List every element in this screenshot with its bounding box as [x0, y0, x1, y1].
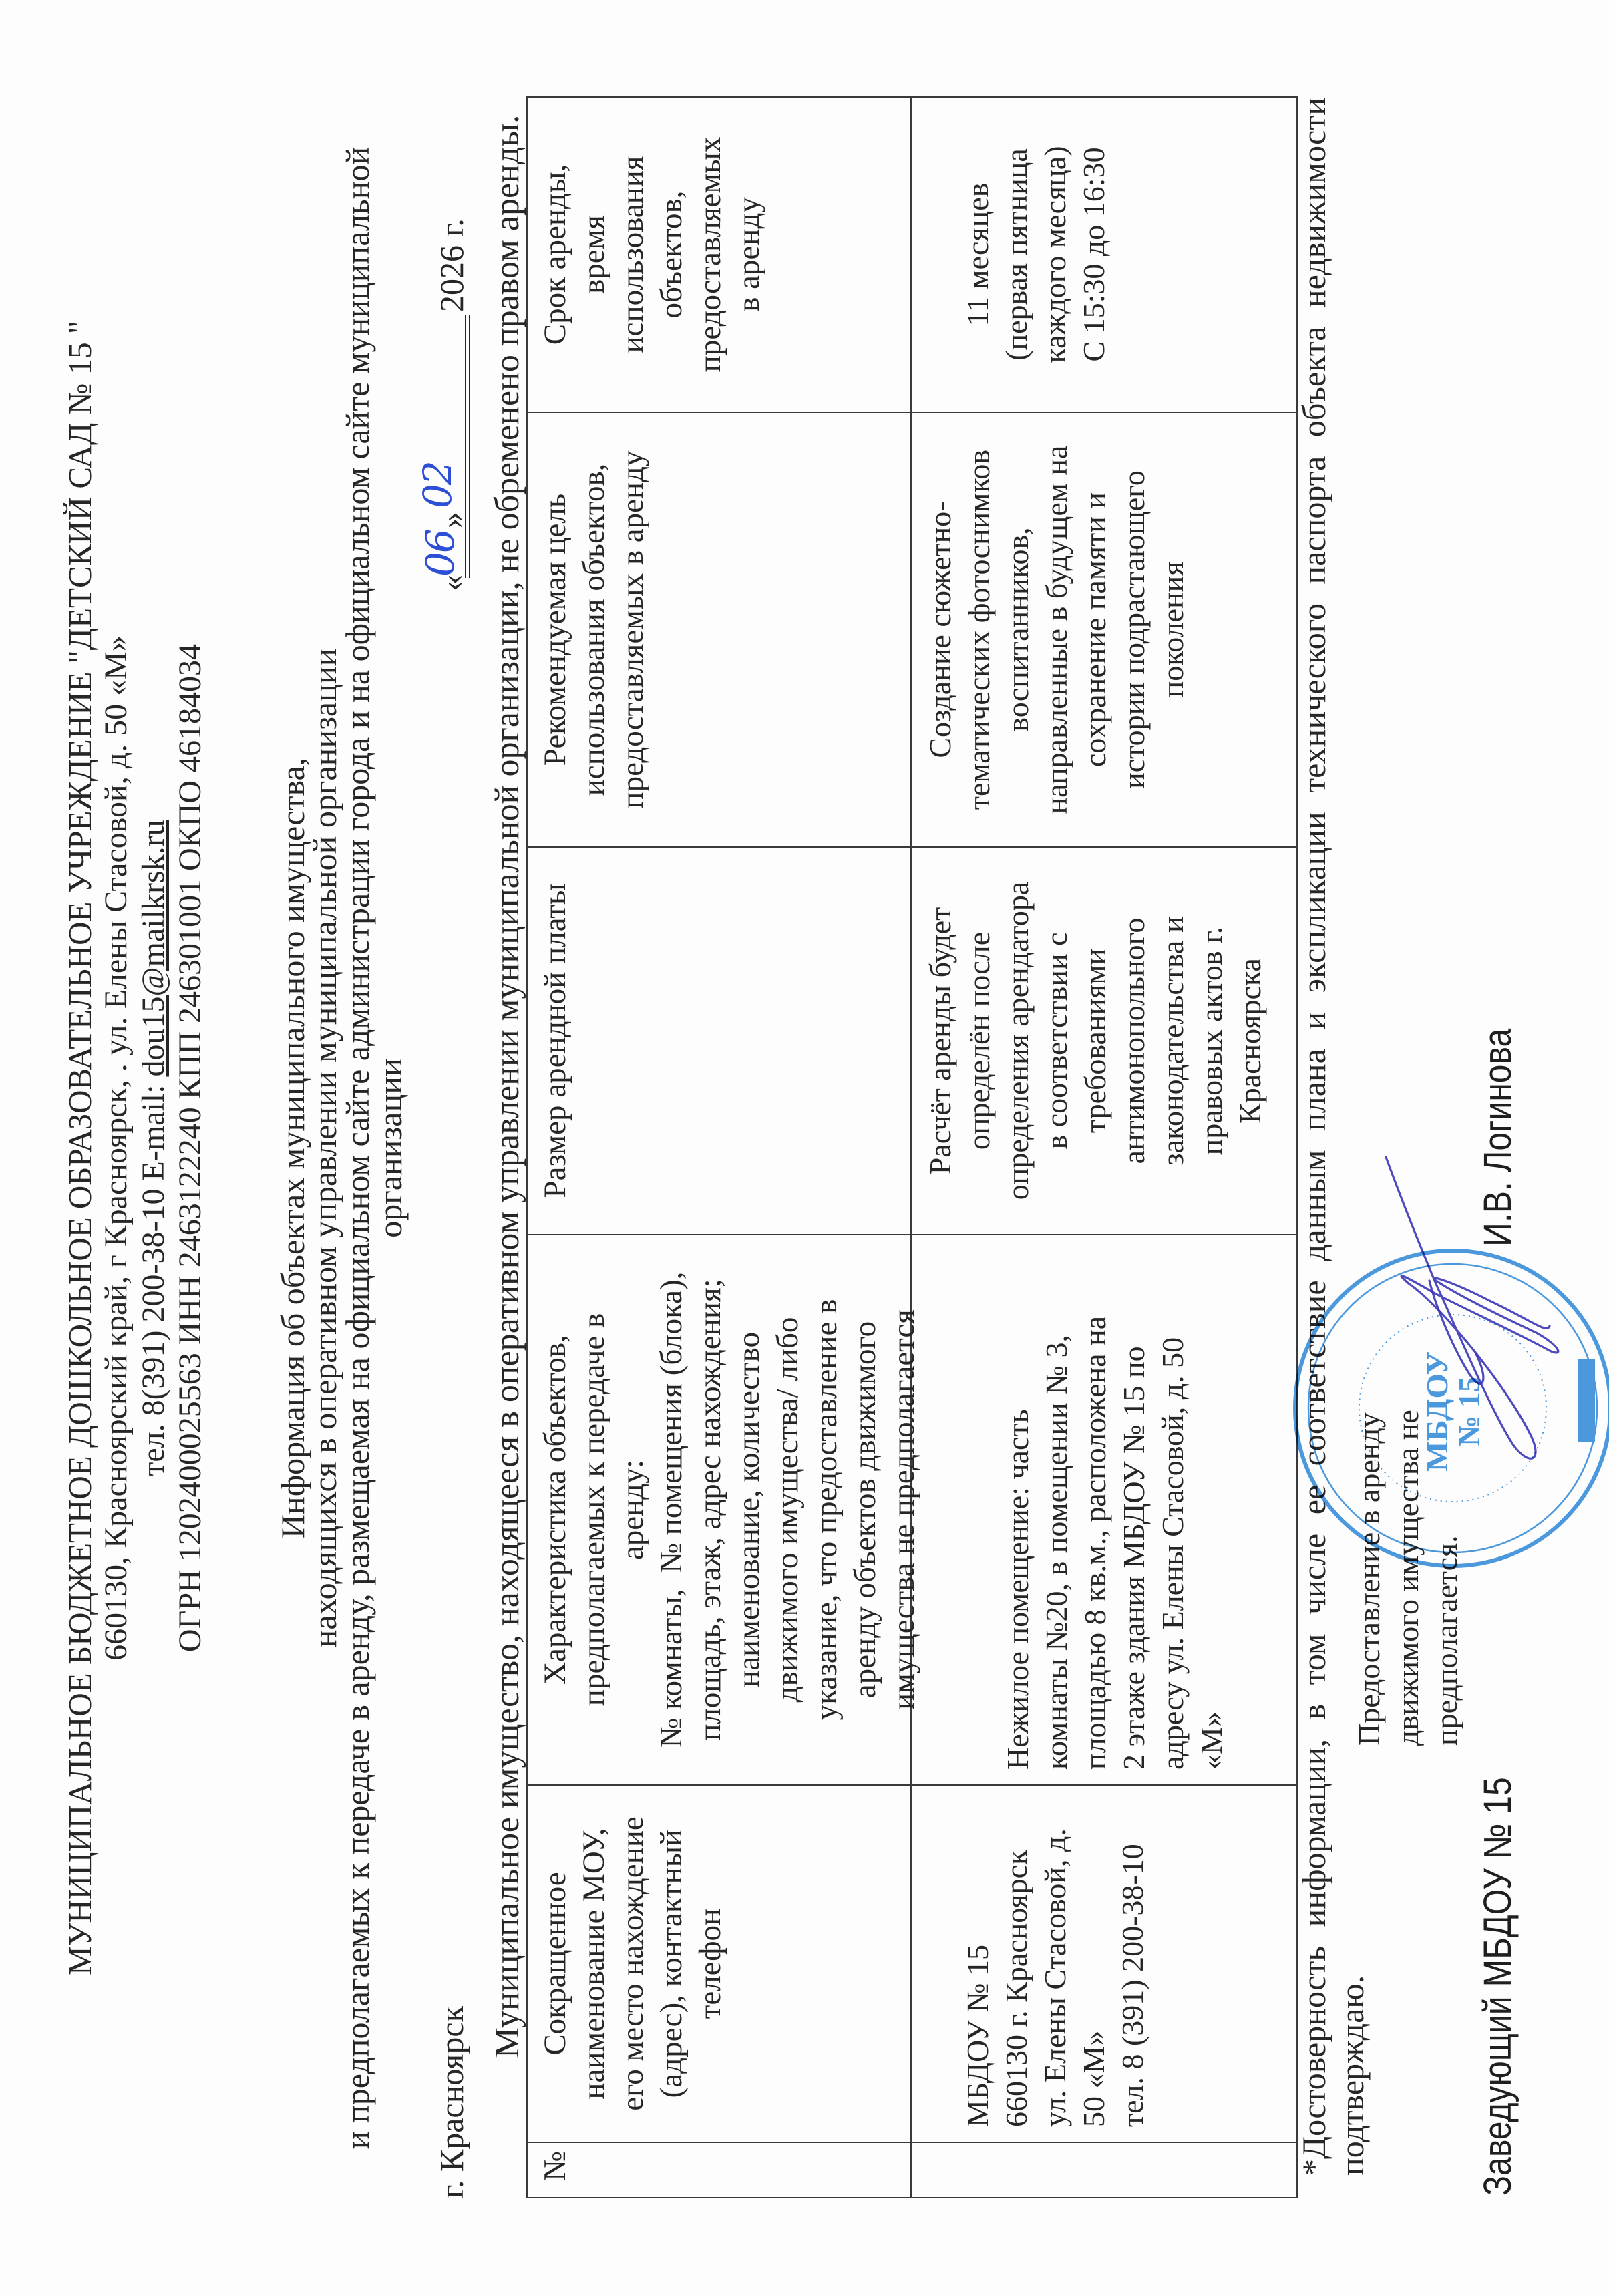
scanned-document-viewport: МУНИЦИПАЛЬНОЕ БЮДЖЕТНОЕ ДОШКОЛЬНОЕ ОБРАЗ…	[0, 0, 1609, 2296]
org-contacts: тел. 8(391) 200-38-10 E-mail: dou15@mail…	[138, 98, 170, 2198]
table-cell-num	[912, 2142, 1298, 2197]
title-line-3: и предполагаемых к передаче в аренду, ра…	[341, 98, 374, 2198]
org-address: 660130, Красноярский край, г Красноярск,…	[100, 98, 132, 2198]
document-page: МУНИЦИПАЛЬНОЕ БЮДЖЕТНОЕ ДОШКОЛЬНОЕ ОБРАЗ…	[0, 0, 1609, 2296]
title-line-2: находящихся в оперативном управлении мун…	[308, 98, 341, 2198]
footnote-line-1: *Достоверность информации, в том числе е…	[1295, 98, 1333, 2176]
footnote-line-2: подтверждаю.	[1333, 1975, 1371, 2176]
signatory-name: И.В. Логинова	[1479, 1029, 1517, 1247]
table-header-purpose: Рекомендуемая цель использования объекто…	[528, 412, 912, 846]
org-name: МУНИЦИПАЛЬНОЕ БЮДЖЕТНОЕ ДОШКОЛЬНОЕ ОБРАЗ…	[63, 98, 96, 2198]
table-cell-characteristics: Нежилое помещение: часть комнаты №20, в …	[912, 1234, 1298, 1784]
stamp-bar	[1578, 1359, 1595, 1442]
table-cell-rent: Расчёт аренды будет определён после опре…	[912, 846, 1298, 1234]
table-header-term: Срок аренды, время использования объекто…	[528, 96, 912, 412]
table-cell-purpose: Создание сюжетно- тематических фотоснимк…	[912, 412, 1298, 846]
table-header-characteristics: Характеристика объектов, предполагаемых …	[528, 1234, 912, 1784]
table-header-rent: Размер арендной платы	[528, 846, 912, 1234]
document-place: г. Красноярск	[435, 2006, 468, 2198]
characteristics-premises: Нежилое помещение: часть комнаты №20, в …	[999, 1250, 1231, 1770]
org-phone: тел. 8(391) 200-38-10 E-mail:	[136, 1077, 171, 1476]
property-table: № Сокращенное наименование МОУ, его мест…	[526, 96, 1298, 2198]
org-email: dou15@mailkrsk.ru	[136, 820, 171, 1076]
stamp-center-top: МБДОУ	[1420, 1351, 1454, 1472]
title-line-1: Информация об объектах муниципального им…	[276, 98, 309, 2198]
title-line-4: организации	[373, 98, 407, 2198]
date-month-handwritten: 02	[418, 462, 457, 508]
date-close-quote: »	[435, 512, 468, 528]
intro-statement: Муниципальное имущество, находящееся в о…	[490, 115, 525, 2058]
table-header-num: №	[528, 2142, 912, 2197]
signatory-position: Заведующий МБДОУ № 15	[1479, 1777, 1517, 2196]
date-day-handwritten: 06	[421, 530, 460, 577]
date-year: 2026 г.	[435, 218, 468, 312]
date-double-underline	[465, 315, 470, 578]
table-header-short-name: Сокращенное наименование МОУ, его место …	[528, 1784, 912, 2142]
table-cell-short-name: МБДОУ № 15 660130 г. Красноярск ул. Елен…	[912, 1784, 1298, 2142]
org-registration: ОГРН 1202400025563 ИНН 2463122240 КПП 24…	[174, 98, 206, 2198]
date-open-quote: «	[435, 575, 468, 591]
table-cell-term: 11 месяцев (первая пятница каждого месяц…	[912, 96, 1298, 412]
stamp-center-bottom: № 15	[1452, 1377, 1486, 1446]
official-stamp-icon: СЕРТИФИКАТ № ПС RU.1002 2026 · СЕРТИФИКА…	[1286, 1241, 1609, 1575]
